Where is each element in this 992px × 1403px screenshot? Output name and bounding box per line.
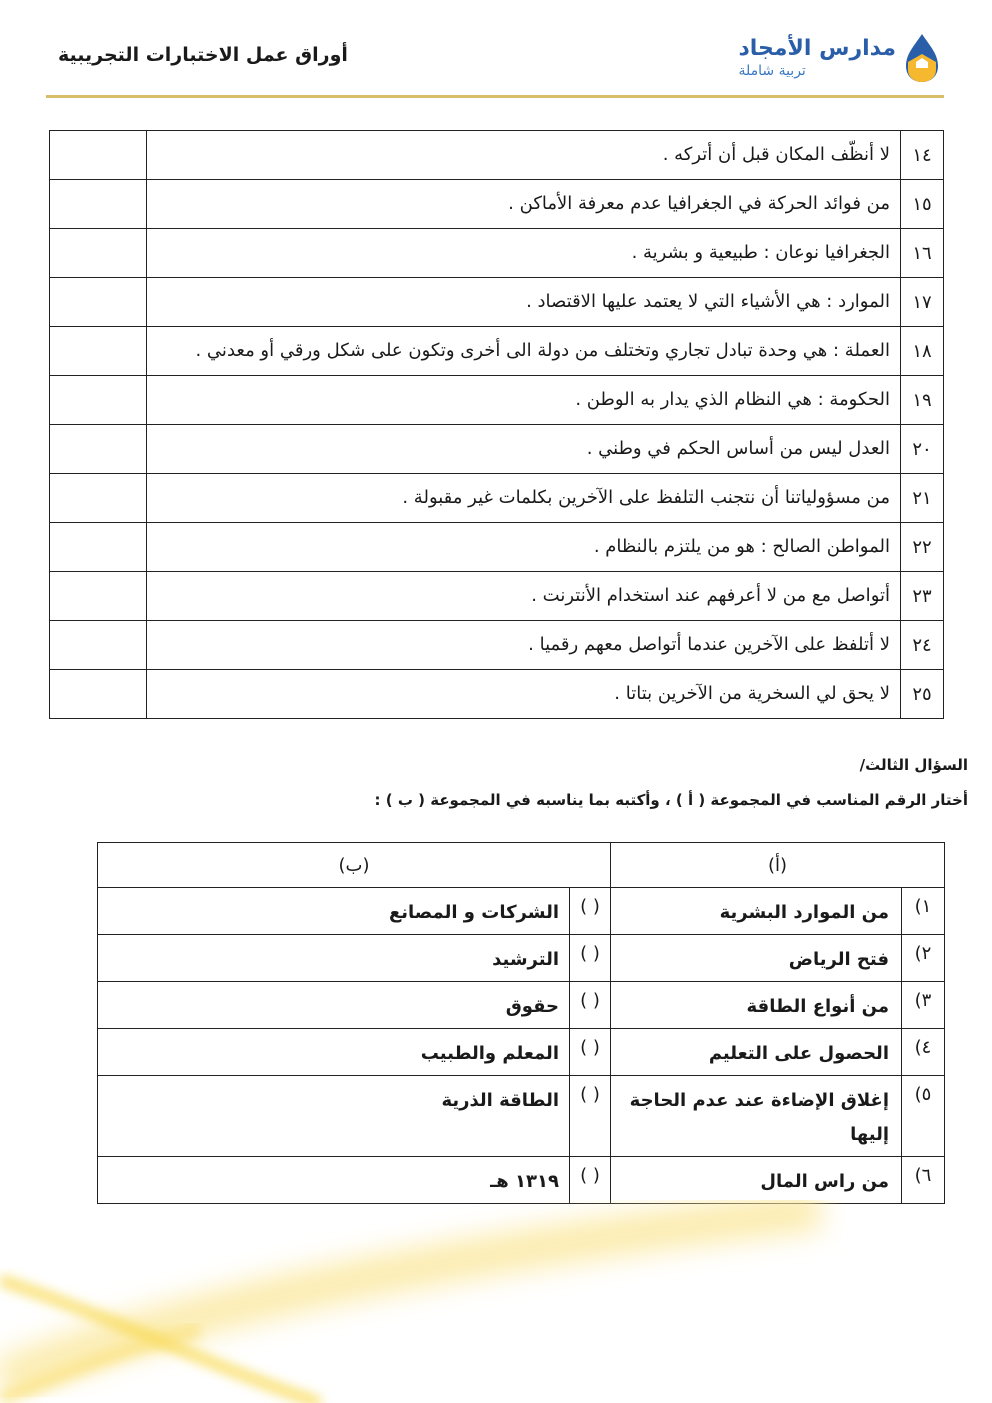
statement-row: ١٩الحكومة : هي النظام الذي يدار به الوطن… xyxy=(50,376,944,425)
header-divider xyxy=(46,95,944,98)
answer-blank[interactable]: ( ) xyxy=(570,982,611,1029)
answer-blank[interactable]: ( ) xyxy=(570,935,611,982)
statement-row: ٢٠العدل ليس من أساس الحكم في وطني . xyxy=(50,425,944,474)
answer-cell[interactable] xyxy=(50,327,147,376)
statement-text: من فوائد الحركة في الجغرافيا عدم معرفة ا… xyxy=(147,180,901,229)
statement-text: المواطن الصالح : هو من يلتزم بالنظام . xyxy=(147,523,901,572)
logo-drop-icon xyxy=(904,32,940,84)
statement-text: الموارد : هي الأشياء التي لا يعتمد عليها… xyxy=(147,278,901,327)
statement-row: ١٥من فوائد الحركة في الجغرافيا عدم معرفة… xyxy=(50,180,944,229)
matching-table: (أ) (ب) ١)من الموارد البشرية( )الشركات و… xyxy=(97,842,945,1204)
group-a-item: من راس المال xyxy=(611,1157,902,1204)
statement-row: ٢٥لا يحق لي السخرية من الآخرين بتاتا . xyxy=(50,670,944,719)
group-a-header: (أ) xyxy=(611,843,945,888)
statement-text: أتواصل مع من لا أعرفهم عند استخدام الأنت… xyxy=(147,572,901,621)
answer-blank[interactable]: ( ) xyxy=(570,1076,611,1157)
group-b-header: (ب) xyxy=(98,843,611,888)
matching-row: ٥)إغلاق الإضاءة عند عدم الحاجة إليها( )ا… xyxy=(98,1076,945,1157)
group-a-item: إغلاق الإضاءة عند عدم الحاجة إليها xyxy=(611,1076,902,1157)
matching-row: ١)من الموارد البشرية( )الشركات و المصانع xyxy=(98,888,945,935)
item-number: ٥) xyxy=(902,1076,945,1157)
answer-cell[interactable] xyxy=(50,131,147,180)
statement-row: ١٨العملة : هي وحدة تبادل تجاري وتختلف من… xyxy=(50,327,944,376)
school-logo: مدارس الأمجاد تربية شاملة xyxy=(738,28,940,88)
item-number: ٦) xyxy=(902,1157,945,1204)
group-a-item: من الموارد البشرية xyxy=(611,888,902,935)
group-b-item: المعلم والطبيب xyxy=(98,1029,570,1076)
answer-cell[interactable] xyxy=(50,670,147,719)
answer-blank[interactable]: ( ) xyxy=(570,1157,611,1204)
statement-text: العملة : هي وحدة تبادل تجاري وتختلف من د… xyxy=(147,327,901,376)
statement-row: ١٦الجغرافيا نوعان : طبيعية و بشرية . xyxy=(50,229,944,278)
group-a-item: الحصول على التعليم xyxy=(611,1029,902,1076)
statement-row: ٢٤لا أتلفظ على الآخرين عندما أتواصل معهم… xyxy=(50,621,944,670)
item-number: ٣) xyxy=(902,982,945,1029)
statement-row: ٢٣أتواصل مع من لا أعرفهم عند استخدام الأ… xyxy=(50,572,944,621)
statement-text: الجغرافيا نوعان : طبيعية و بشرية . xyxy=(147,229,901,278)
statement-number: ١٧ xyxy=(901,278,944,327)
matching-row: ٢)فتح الرياض( )الترشيد xyxy=(98,935,945,982)
item-number: ٢) xyxy=(902,935,945,982)
group-b-item: الترشيد xyxy=(98,935,570,982)
statement-number: ٢٢ xyxy=(901,523,944,572)
answer-cell[interactable] xyxy=(50,572,147,621)
statement-row: ٢٢المواطن الصالح : هو من يلتزم بالنظام . xyxy=(50,523,944,572)
statement-number: ٢٥ xyxy=(901,670,944,719)
decorative-swoosh xyxy=(0,1200,992,1403)
answer-cell[interactable] xyxy=(50,376,147,425)
question-3-instruction: أختار الرقم المناسب في المجموعة ( أ ) ، … xyxy=(375,791,968,809)
statement-text: من مسؤولياتنا أن نتجنب التلفظ على الآخري… xyxy=(147,474,901,523)
statement-row: ١٤لا أنظّف المكان قبل أن أتركه . xyxy=(50,131,944,180)
statement-row: ١٧الموارد : هي الأشياء التي لا يعتمد علي… xyxy=(50,278,944,327)
group-a-item: من أنواع الطاقة xyxy=(611,982,902,1029)
group-b-item: حقوق xyxy=(98,982,570,1029)
statement-number: ٢٤ xyxy=(901,621,944,670)
statement-text: العدل ليس من أساس الحكم في وطني . xyxy=(147,425,901,474)
statement-number: ١٤ xyxy=(901,131,944,180)
page-header: مدارس الأمجاد تربية شاملة أوراق عمل الاخ… xyxy=(0,0,992,100)
answer-cell[interactable] xyxy=(50,425,147,474)
answer-cell[interactable] xyxy=(50,278,147,327)
matching-row: ٦)من راس المال( )١٣١٩ هـ xyxy=(98,1157,945,1204)
answer-cell[interactable] xyxy=(50,523,147,572)
group-b-item: الشركات و المصانع xyxy=(98,888,570,935)
statement-text: لا أتلفظ على الآخرين عندما أتواصل معهم ر… xyxy=(147,621,901,670)
group-b-item: الطاقة الذرية xyxy=(98,1076,570,1157)
group-b-item: ١٣١٩ هـ xyxy=(98,1157,570,1204)
page-title: أوراق عمل الاختبارات التجريبية xyxy=(58,44,348,66)
true-false-table: ١٤لا أنظّف المكان قبل أن أتركه .١٥من فوا… xyxy=(49,130,944,719)
logo-tagline: تربية شاملة xyxy=(738,62,805,80)
statement-text: لا أنظّف المكان قبل أن أتركه . xyxy=(147,131,901,180)
statement-number: ١٨ xyxy=(901,327,944,376)
statement-number: ٢٠ xyxy=(901,425,944,474)
statement-number: ١٦ xyxy=(901,229,944,278)
statement-number: ٢١ xyxy=(901,474,944,523)
statement-number: ٢٣ xyxy=(901,572,944,621)
item-number: ٤) xyxy=(902,1029,945,1076)
statement-number: ١٩ xyxy=(901,376,944,425)
question-3-title: السؤال الثالث/ xyxy=(860,756,968,774)
answer-blank[interactable]: ( ) xyxy=(570,1029,611,1076)
item-number: ١) xyxy=(902,888,945,935)
logo-name: مدارس الأمجاد xyxy=(738,36,896,62)
matching-row: ٣)من أنواع الطاقة( )حقوق xyxy=(98,982,945,1029)
matching-row: ٤)الحصول على التعليم( )المعلم والطبيب xyxy=(98,1029,945,1076)
answer-cell[interactable] xyxy=(50,180,147,229)
statement-text: الحكومة : هي النظام الذي يدار به الوطن . xyxy=(147,376,901,425)
answer-blank[interactable]: ( ) xyxy=(570,888,611,935)
statement-row: ٢١من مسؤولياتنا أن نتجنب التلفظ على الآخ… xyxy=(50,474,944,523)
answer-cell[interactable] xyxy=(50,621,147,670)
matching-header-row: (أ) (ب) xyxy=(98,843,945,888)
group-a-item: فتح الرياض xyxy=(611,935,902,982)
statement-text: لا يحق لي السخرية من الآخرين بتاتا . xyxy=(147,670,901,719)
answer-cell[interactable] xyxy=(50,229,147,278)
answer-cell[interactable] xyxy=(50,474,147,523)
statement-number: ١٥ xyxy=(901,180,944,229)
